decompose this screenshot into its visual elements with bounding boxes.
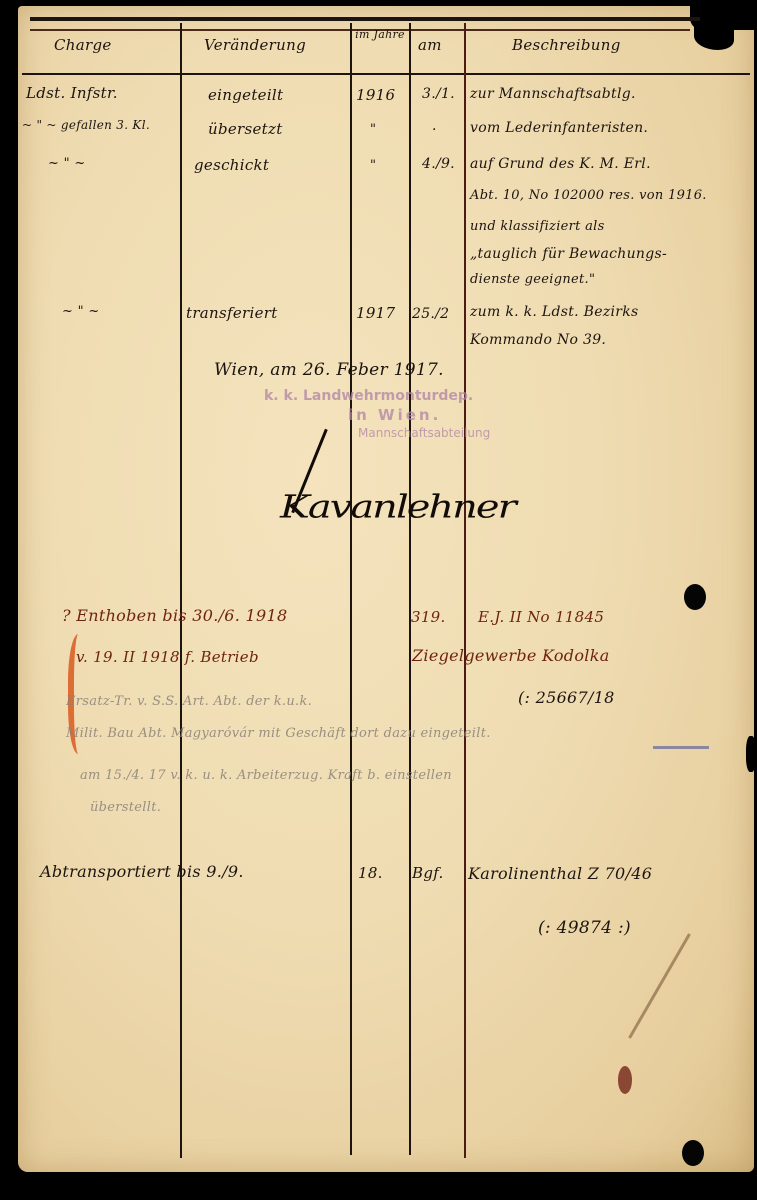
row-year: 1916 <box>356 86 395 104</box>
ink-smear <box>628 933 691 1038</box>
pencil-note-line1: Ersatz-Tr. v. S.S. Art. Abt. der k.u.k. <box>66 694 312 709</box>
row-date: 3./1. <box>422 86 455 102</box>
header-charge: Charge <box>54 36 112 54</box>
pencil-note-line3: am 15./4. 17 v. k. u. k. Arbeiterzug. Kr… <box>80 768 452 783</box>
row-charge: Ldst. Infstr. <box>26 84 118 102</box>
row-year: 1917 <box>356 304 395 322</box>
official-stamp-line3: Mannschaftsabteilung <box>358 426 490 440</box>
column-rule-4 <box>464 23 466 1158</box>
exemption-entry-line2-left: v. 19. II 1918 f. Betrieb <box>76 648 259 666</box>
row-date: 25./2 <box>412 306 449 322</box>
ink-stain <box>618 1066 632 1094</box>
pencil-note-line4: überstellt. <box>90 800 161 815</box>
row-description: zum k. k. Ldst. Bezirks <box>470 304 639 320</box>
edge-notch <box>746 736 756 772</box>
header-year: im Jahre <box>354 28 406 42</box>
row-charge: ~ " ~ <box>48 156 86 171</box>
row-charge: ~ " ~ gefallen 3. Kl. <box>22 118 150 132</box>
header-date: am <box>418 36 442 54</box>
row-description: zur Mannschaftsabtlg. <box>470 86 636 102</box>
punch-hole-bottom <box>682 1140 704 1166</box>
description-continued: Kommando No 39. <box>470 332 606 348</box>
row-change: geschickt <box>194 156 269 174</box>
header-description: Beschreibung <box>512 36 621 54</box>
torn-notch <box>694 26 734 50</box>
row-year: " <box>370 122 376 137</box>
exemption-entry-line2-right: Ziegelgewerbe Kodolka <box>412 646 610 665</box>
signature: Kavanlehner <box>280 489 515 526</box>
transport-entry-description: Karolinenthal Z 70/46 <box>468 864 652 883</box>
official-stamp-line2: in Wien. <box>348 406 441 424</box>
pencil-note-line2: Milit. Bau Abt. Magyaróvár mit Geschäft … <box>66 726 491 741</box>
exemption-entry-right: E.J. II No 11845 <box>478 608 604 626</box>
header-bottom-rule <box>22 73 750 75</box>
description-continued: und klassifiziert als <box>470 219 605 234</box>
place-date: Wien, am 26. Feber 1917. <box>214 360 444 380</box>
description-continued: „tauglich für Bewachungs- <box>470 246 667 262</box>
row-change: transferiert <box>186 304 278 322</box>
transport-entry-reference: (: 49874 :) <box>538 918 631 938</box>
transport-entry-date: Bgf. <box>412 864 444 882</box>
transport-entry-left: Abtransportiert bis 9./9. <box>40 862 244 881</box>
description-continued: Abt. 10, No 102000 res. von 1916. <box>470 188 707 203</box>
column-rule-3 <box>409 23 411 1155</box>
row-change: übersetzt <box>208 120 283 138</box>
exemption-entry-mid: 319. <box>411 608 446 626</box>
transport-entry-year: 18. <box>358 864 383 882</box>
row-date: · <box>432 122 437 138</box>
record-card: Charge Veränderung im Jahre am Beschreib… <box>18 6 754 1172</box>
pencil-underline <box>653 746 709 749</box>
exemption-entry-left: ? Enthoben bis 30./6. 1918 <box>62 606 287 625</box>
column-rule-1 <box>180 23 182 1158</box>
row-charge: ~ " ~ <box>62 304 100 319</box>
official-stamp-line1: k. k. Landwehrmonturdep. <box>264 388 473 404</box>
row-description: auf Grund des K. M. Erl. <box>470 156 651 172</box>
exemption-reference: (: 25667/18 <box>518 688 615 707</box>
column-rule-2 <box>350 23 352 1155</box>
row-date: 4./9. <box>422 156 455 172</box>
row-description: vom Lederinfanteristen. <box>470 120 648 136</box>
description-continued: dienste geeignet." <box>470 272 595 287</box>
header-change: Veränderung <box>204 36 306 54</box>
row-change: eingeteilt <box>208 86 283 104</box>
row-year: " <box>370 158 376 173</box>
punch-hole-top <box>684 584 706 610</box>
header-top-thick-rule <box>30 17 700 21</box>
